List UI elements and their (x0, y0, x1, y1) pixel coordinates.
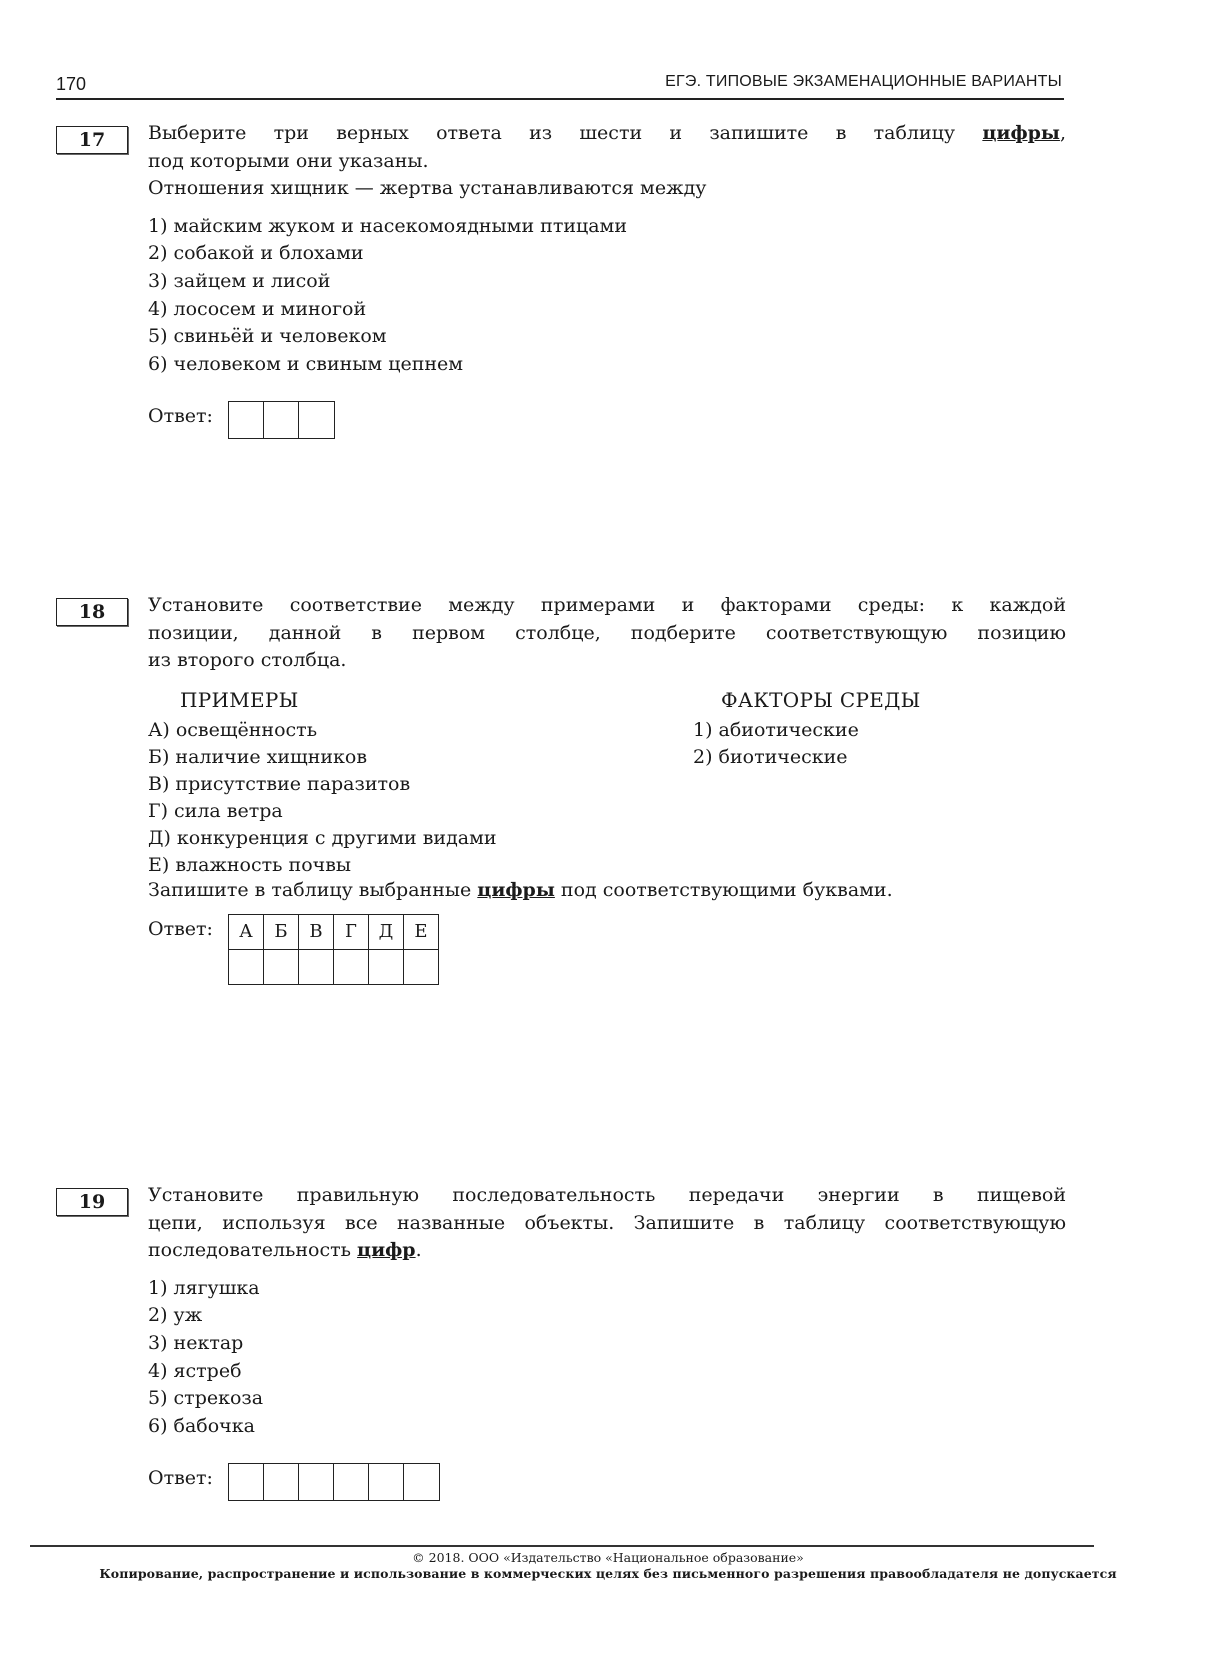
factor-item: 2) биотические (693, 744, 1063, 771)
letter-cell: Г (334, 915, 369, 950)
answer-row: Ответ: (148, 1463, 1066, 1503)
example-item: В) присутствие паразитов (148, 771, 648, 798)
examples-list: А) освещённость Б) наличие хищников В) п… (148, 717, 648, 879)
instruction-punct: , (1060, 122, 1066, 144)
instruction-text: последовательность (148, 1239, 357, 1261)
task-body: Установите правильную последовательность… (148, 1182, 1066, 1503)
task-body: Установите соответствие между примерами … (148, 592, 1066, 986)
matching-columns: ПРИМЕРЫ А) освещённость Б) наличие хищни… (148, 687, 1066, 877)
factor-item: 1) абиотические (693, 717, 1063, 744)
answer-label: Ответ: (148, 1465, 213, 1493)
write-instruction: Запишите в таблицу выбранные цифры под с… (148, 877, 1066, 905)
task-instruction: Установите соответствие между примерами … (148, 592, 1066, 620)
instruction-text: под соответствующими буквами. (555, 879, 893, 901)
letter-cell: Е (404, 915, 439, 950)
page-number: 170 (56, 74, 86, 95)
option-item: 3) зайцем и лисой (148, 268, 1066, 296)
option-item: 4) ястреб (148, 1358, 1066, 1386)
task-instruction-cont: цепи, используя все названные объекты. З… (148, 1210, 1066, 1238)
emphasis-digits: цифры (477, 879, 555, 901)
answer-cell[interactable] (229, 950, 264, 985)
answer-label: Ответ: (148, 916, 213, 944)
answer-cell[interactable] (299, 1464, 334, 1500)
task-number: 17 (56, 126, 128, 154)
task-number: 18 (56, 598, 128, 626)
option-item: 5) стрекоза (148, 1385, 1066, 1413)
answer-cell[interactable] (334, 1464, 369, 1500)
task-question: Отношения хищник — жертва устанавливаютс… (148, 175, 1066, 203)
answers-row (229, 950, 439, 985)
option-item: 2) собакой и блохами (148, 240, 1066, 268)
answer-cell[interactable] (369, 950, 404, 985)
answer-cell[interactable] (334, 950, 369, 985)
factors-list: 1) абиотические 2) биотические (693, 717, 1063, 771)
task-instruction-end: последовательность цифр. (148, 1237, 1066, 1265)
footer-legal-notice: Копирование, распространение и использов… (0, 1566, 1216, 1581)
examples-column: ПРИМЕРЫ А) освещённость Б) наличие хищни… (148, 687, 648, 879)
example-item: Б) наличие хищников (148, 744, 648, 771)
example-item: Г) сила ветра (148, 798, 648, 825)
example-item: Е) влажность почвы (148, 852, 648, 879)
emphasis-digits: цифры (982, 122, 1060, 144)
answer-row: Ответ: (148, 401, 1066, 441)
answer-cell[interactable] (404, 950, 439, 985)
answer-row: Ответ: А Б В Г Д Е (148, 914, 1066, 986)
task-instruction: Установите правильную последовательность… (148, 1182, 1066, 1210)
options-list: 1) лягушка 2) уж 3) нектар 4) ястреб 5) … (148, 1275, 1066, 1441)
column-heading: ФАКТОРЫ СРЕДЫ (721, 687, 1063, 717)
emphasis-digits: цифр (357, 1239, 416, 1261)
option-item: 3) нектар (148, 1330, 1066, 1358)
task-instruction-end: из второго столбца. (148, 647, 1066, 675)
option-item: 1) майским жуком и насекомоядными птицам… (148, 213, 1066, 241)
column-heading: ПРИМЕРЫ (180, 687, 648, 717)
task-instruction: Выберите три верных ответа из шести и за… (148, 120, 1066, 148)
letter-cell: Б (264, 915, 299, 950)
option-item: 2) уж (148, 1302, 1066, 1330)
answer-cell[interactable] (299, 950, 334, 985)
answer-grid (228, 401, 335, 439)
example-item: Д) конкуренция с другими видами (148, 825, 648, 852)
answer-table: А Б В Г Д Е (228, 914, 439, 985)
option-item: 4) лососем и миногой (148, 296, 1066, 324)
footer-divider (30, 1545, 1094, 1547)
running-title: ЕГЭ. ТИПОВЫЕ ЭКЗАМЕНАЦИОННЫЕ ВАРИАНТЫ (665, 73, 1062, 91)
factors-column: ФАКТОРЫ СРЕДЫ 1) абиотические 2) биотиче… (693, 687, 1063, 771)
footer-copyright: © 2018. ООО «Издательство «Национальное … (0, 1550, 1216, 1565)
letters-row: А Б В Г Д Е (229, 915, 439, 950)
instruction-punct: . (416, 1239, 422, 1261)
task-number: 19 (56, 1188, 128, 1216)
answer-cell[interactable] (229, 1464, 264, 1500)
instruction-text: Запишите в таблицу выбранные (148, 879, 477, 901)
task-instruction-cont: под которыми они указаны. (148, 148, 1066, 176)
letter-cell: Д (369, 915, 404, 950)
answer-cell[interactable] (369, 1464, 404, 1500)
option-item: 5) свиньёй и человеком (148, 323, 1066, 351)
option-item: 1) лягушка (148, 1275, 1066, 1303)
answer-label: Ответ: (148, 403, 213, 431)
answer-grid (228, 1463, 440, 1501)
example-item: А) освещённость (148, 717, 648, 744)
answer-cell[interactable] (229, 402, 264, 438)
instruction-text: Выберите три верных ответа из шести и за… (148, 122, 982, 144)
answer-cell[interactable] (264, 402, 299, 438)
answer-cell[interactable] (264, 1464, 299, 1500)
page-header: 170 ЕГЭ. ТИПОВЫЕ ЭКЗАМЕНАЦИОННЫЕ ВАРИАНТ… (56, 68, 1064, 100)
answer-cell[interactable] (264, 950, 299, 985)
answer-cell[interactable] (404, 1464, 439, 1500)
option-item: 6) бабочка (148, 1413, 1066, 1441)
answer-cell[interactable] (299, 402, 334, 438)
task-instruction-cont: позиции, данной в первом столбце, подбер… (148, 620, 1066, 648)
letter-cell: А (229, 915, 264, 950)
options-list: 1) майским жуком и насекомоядными птицам… (148, 213, 1066, 379)
task-body: Выберите три верных ответа из шести и за… (148, 120, 1066, 441)
option-item: 6) человеком и свиным цепнем (148, 351, 1066, 379)
letter-cell: В (299, 915, 334, 950)
